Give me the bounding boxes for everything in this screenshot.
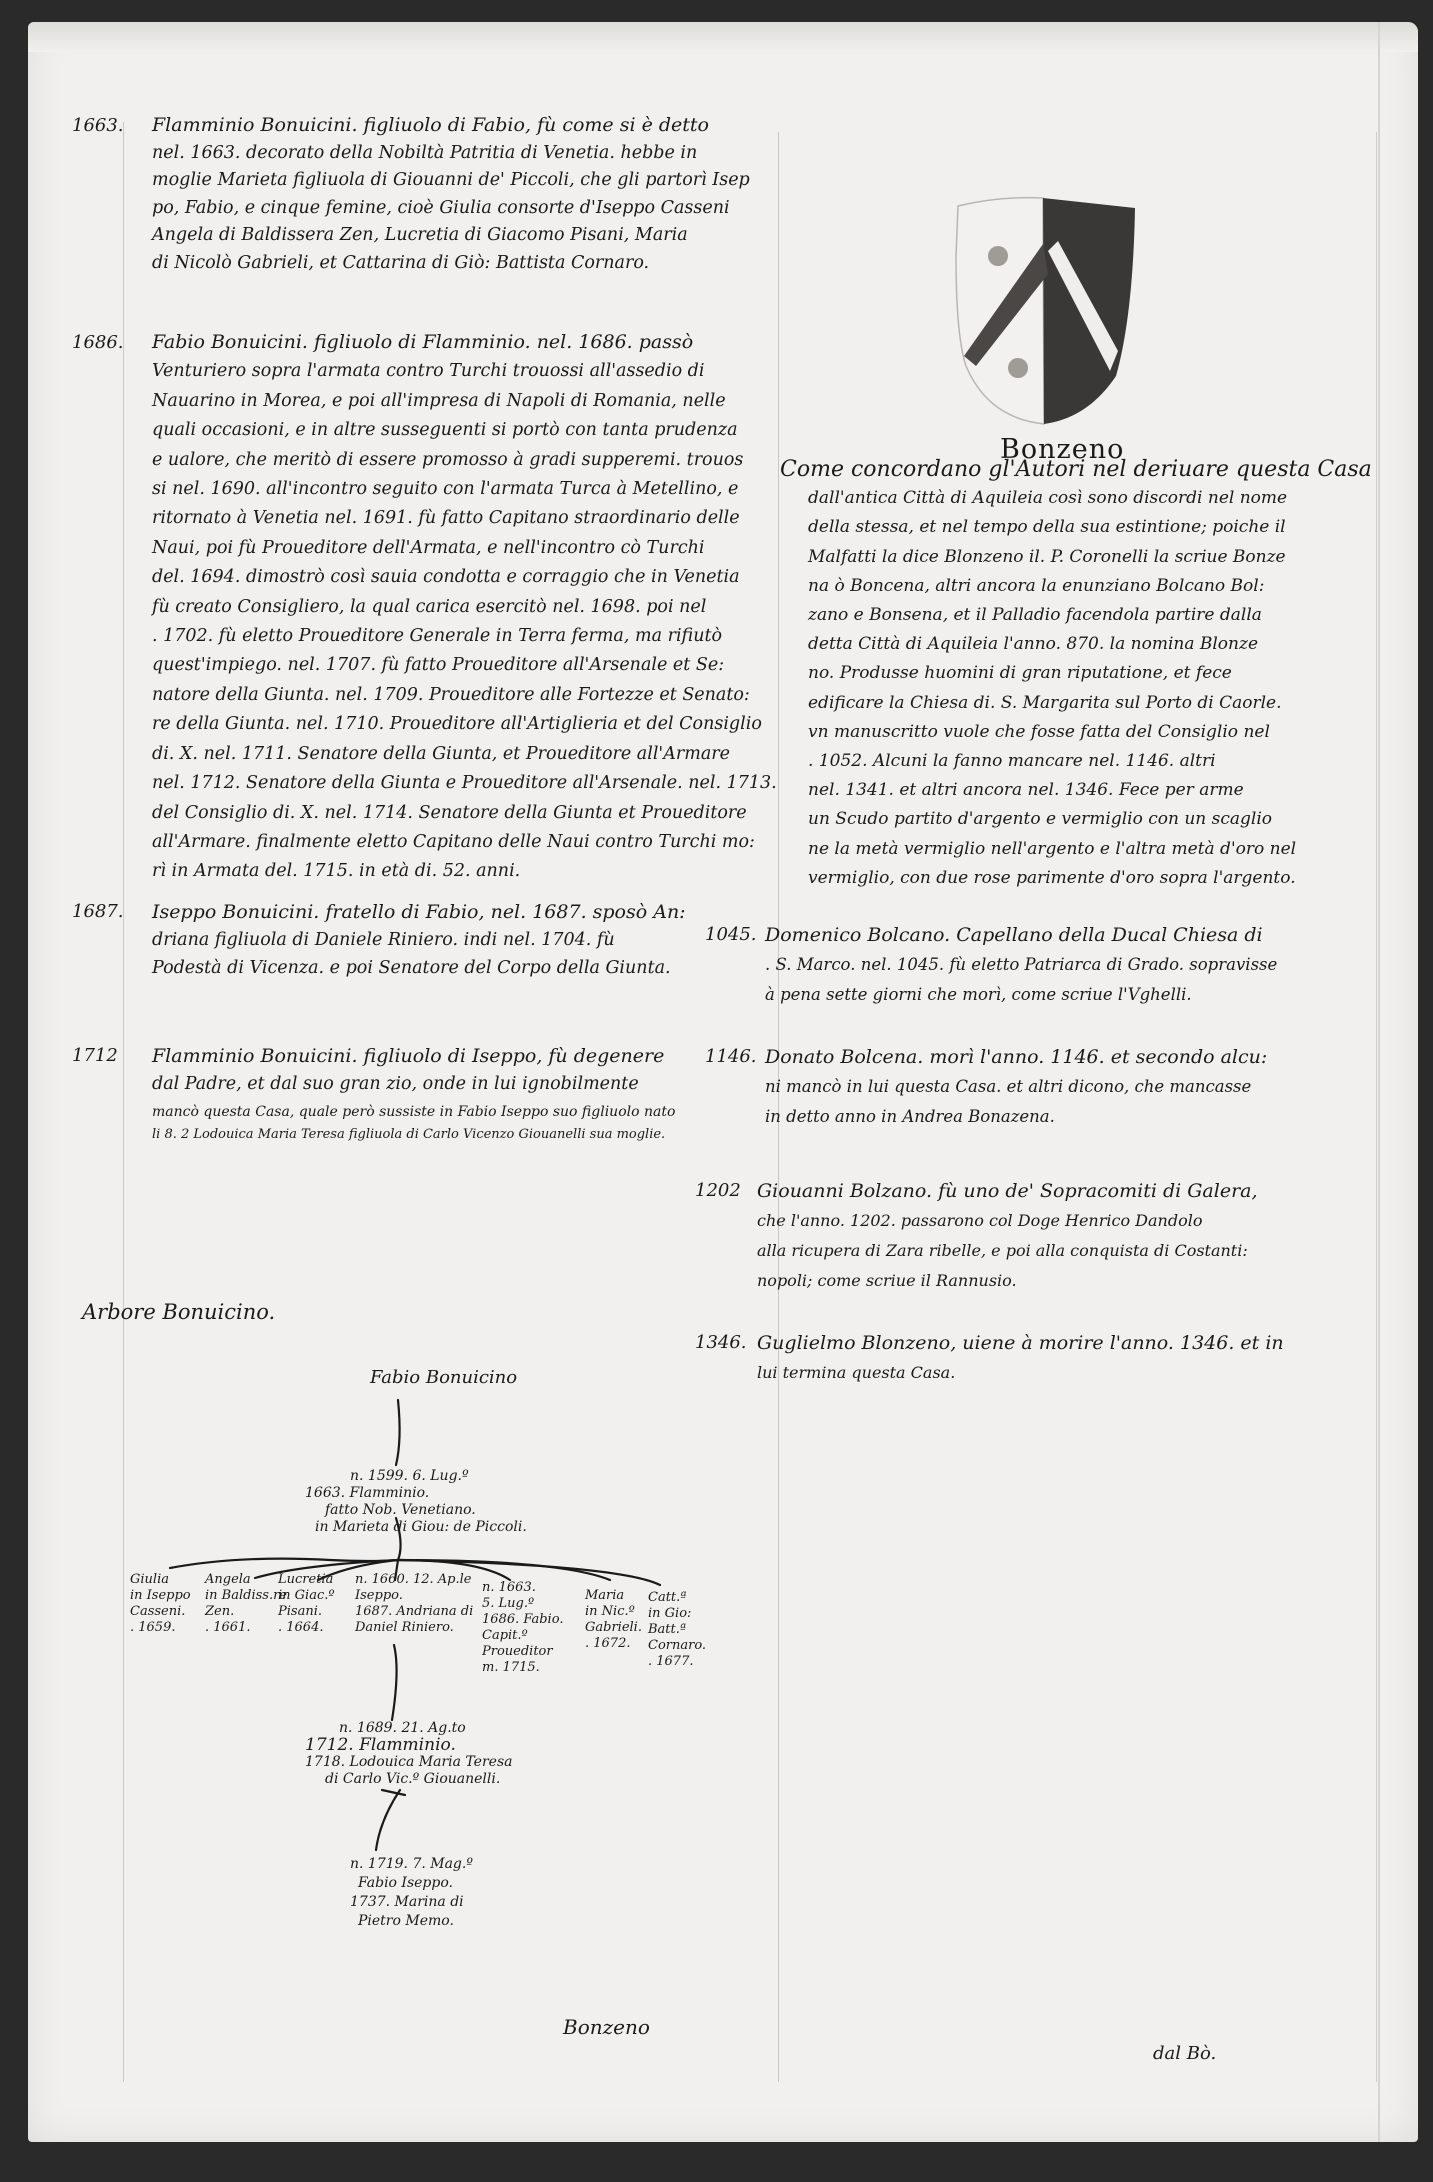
tree-text: 1686. Fabio. [482,1612,563,1628]
tree-text: Pietro Memo. [350,1912,473,1931]
tree-text: Lucretia [278,1572,334,1588]
tree-text: Fabio Iseppo. [350,1874,473,1893]
tree-text: in Marieta di Giou: de Piccoli. [305,1519,527,1536]
tree-text: 1663. Flamminio. [305,1485,527,1502]
footer-dal-bo: dal Bò. [1153,2043,1216,2064]
tree-text: in Baldiss.re [205,1588,287,1604]
tree-text: n. 1719. 7. Mag.º [350,1855,473,1874]
tree-fabio: n. 1663. 5. Lug.º 1686. Fabio. Capit.º P… [482,1580,563,1676]
tree-text: Daniel Riniero. [355,1620,473,1636]
catchword-bonzeno: Bonzeno [563,2015,650,2039]
tree-text: in Iseppo [130,1588,191,1604]
tree-text: 1737. Marina di [350,1893,473,1912]
tree-root: Fabio Bonuicino [370,1370,517,1386]
tree-text: Angela [205,1572,287,1588]
tree-iseppo: n. 1660. 12. Ap.le Iseppo. 1687. Andrian… [355,1572,473,1636]
tree-text: Cornaro. [648,1638,706,1654]
tree-angela: Angela in Baldiss.re Zen. . 1661. [205,1572,287,1636]
tree-text: . 1664. [278,1620,334,1636]
tree-text: Zen. [205,1604,287,1620]
tree-text: Capit.º [482,1628,563,1644]
tree-text: Maria [585,1588,642,1604]
tree-text: 1712. Flamminio. [305,1737,512,1754]
tree-text: m. 1715. [482,1660,563,1676]
tree-cattarina: Catt.ª in Gio: Batt.ª Cornaro. . 1677. [648,1590,706,1670]
tree-text: 1687. Andriana di [355,1604,473,1620]
tree-gen3-flamminio: n. 1689. 21. Ag.to 1712. Flamminio. 1718… [305,1720,512,1788]
tree-text: Iseppo. [355,1588,473,1604]
tree-text: Proueditor [482,1644,563,1660]
tree-text: in Gio: [648,1606,706,1622]
tree-text: 5. Lug.º [482,1596,563,1612]
tree-gen4-fabio-iseppo: n. 1719. 7. Mag.º Fabio Iseppo. 1737. Ma… [350,1855,473,1931]
tree-text: . 1661. [205,1620,287,1636]
tree-text: di Carlo Vic.º Giouanelli. [305,1771,512,1788]
tree-lucretia: Lucretia in Giac.º Pisani. . 1664. [278,1572,334,1636]
tree-maria: Maria in Nic.º Gabrieli. . 1672. [585,1588,642,1652]
family-tree-lines [0,0,1433,2182]
tree-text: Catt.ª [648,1590,706,1606]
tree-text: . 1672. [585,1636,642,1652]
tree-text: . 1677. [648,1654,706,1670]
tree-gen1: n. 1599. 6. Lug.º 1663. Flamminio. fatto… [305,1468,527,1536]
tree-text: . 1659. [130,1620,191,1636]
tree-text: in Nic.º [585,1604,642,1620]
tree-text: n. 1599. 6. Lug.º [305,1468,527,1485]
tree-text: fatto Nob. Venetiano. [305,1502,527,1519]
tree-text: Batt.ª [648,1622,706,1638]
tree-text: Casseni. [130,1604,191,1620]
tree-text: Giulia [130,1572,191,1588]
tree-text: Pisani. [278,1604,334,1620]
tree-text: n. 1663. [482,1580,563,1596]
tree-text: 1718. Lodouica Maria Teresa [305,1754,512,1771]
tree-text: Gabrieli. [585,1620,642,1636]
tree-text: n. 1660. 12. Ap.le [355,1572,473,1588]
tree-text: in Giac.º [278,1588,334,1604]
tree-giulia: Giulia in Iseppo Casseni. . 1659. [130,1572,191,1636]
